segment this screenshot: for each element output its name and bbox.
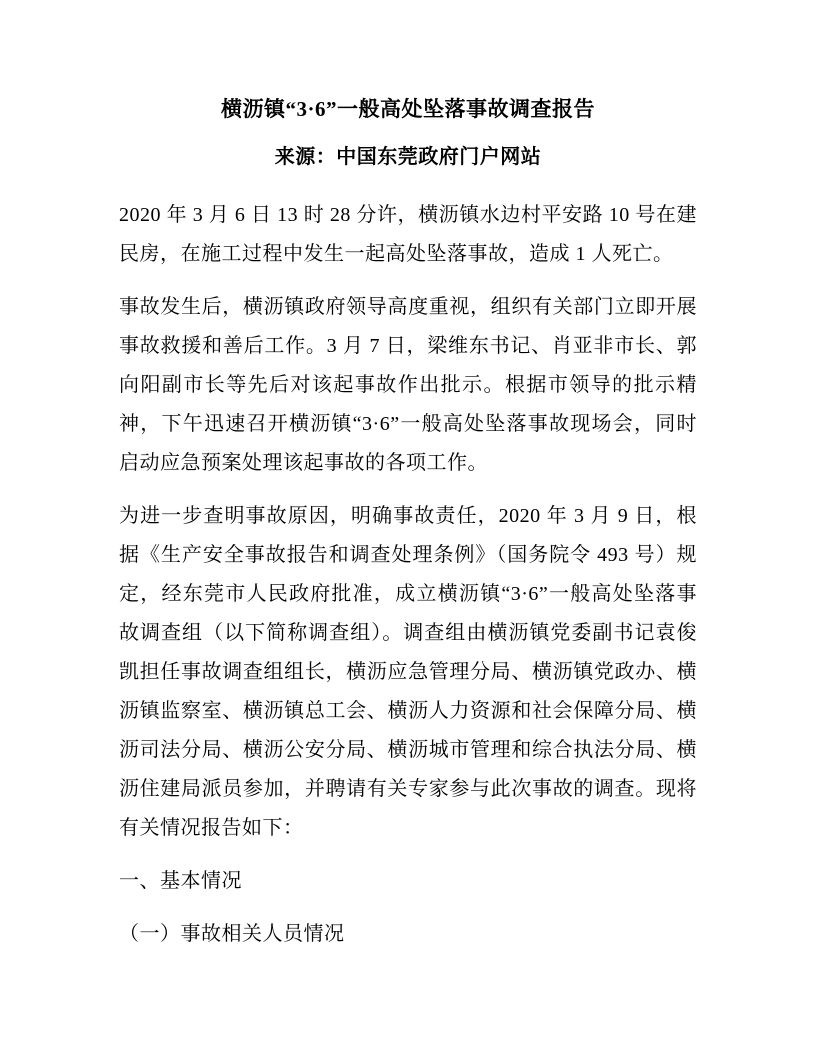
- paragraph-investigation-setup: 为进一步查明事故原因，明确事故责任，2020 年 3 月 9 日，根据《生产安全…: [119, 497, 697, 848]
- paragraph-response-actions: 事故发生后，横沥镇政府领导高度重视，组织有关部门立即开展事故救援和善后工作。3 …: [119, 288, 697, 483]
- section-heading-basic-situation: 一、基本情况: [119, 862, 697, 901]
- subsection-heading-personnel: （一）事故相关人员情况: [119, 915, 697, 954]
- source-line: 来源：中国东莞政府门户网站: [119, 138, 697, 177]
- document-title: 横沥镇“3·6”一般高处坠落事故调查报告: [119, 90, 697, 129]
- document-page: 横沥镇“3·6”一般高处坠落事故调查报告 来源：中国东莞政府门户网站 2020 …: [0, 0, 816, 1056]
- paragraph-incident-summary: 2020 年 3 月 6 日 13 时 28 分许，横沥镇水边村平安路 10 号…: [119, 196, 697, 274]
